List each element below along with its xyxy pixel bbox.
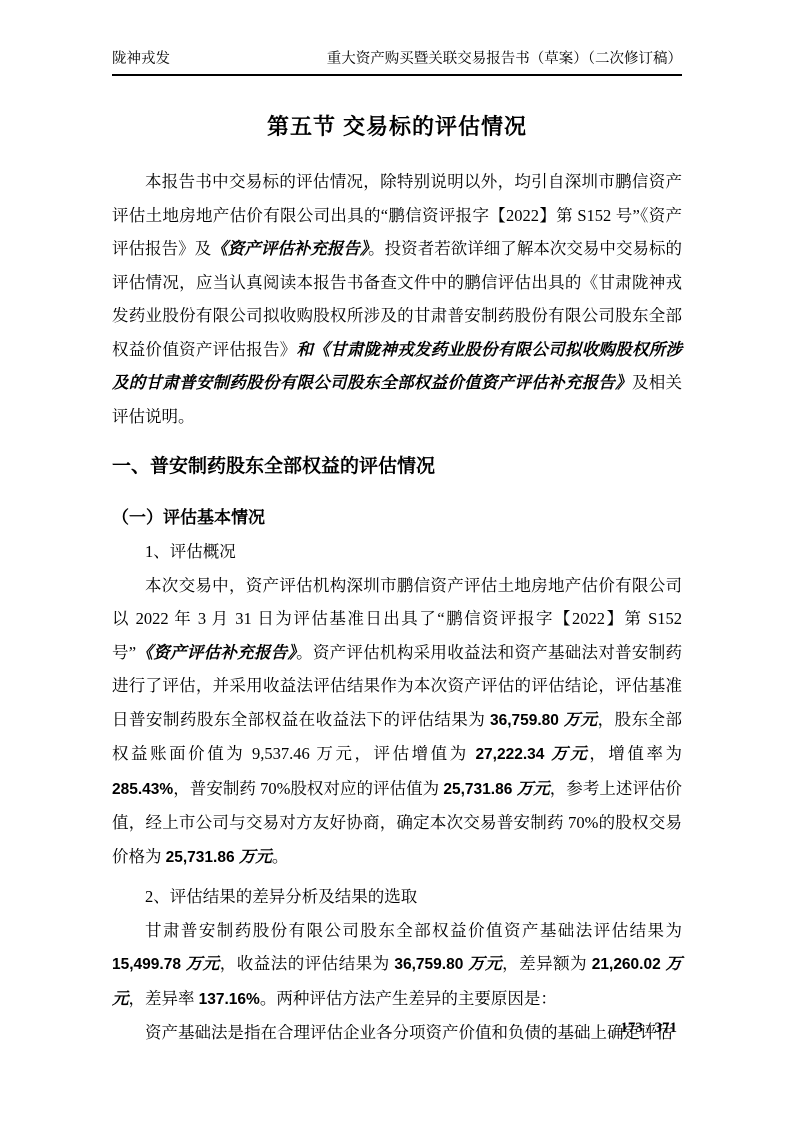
document-content: 第五节 交易标的评估情况 本报告书中交易标的评估情况，除特别说明以外，均引自深圳… [112, 98, 682, 1050]
header-right-report-title: 重大资产购买暨关联交易报告书（草案）（二次修订稿） [327, 50, 682, 68]
emphasized-text-run: 万元 [239, 847, 272, 866]
emphasized-text-run: 25,731.86 [166, 849, 239, 866]
text-run: ，差异率 [129, 989, 199, 1008]
paragraph: 资产基础法是指在合理评估企业各分项资产价值和负债的基础上确定评估 [112, 1016, 682, 1050]
document-page: 陇神戎发 重大资产购买暨关联交易报告书（草案）（二次修订稿） 第五节 交易标的评… [0, 0, 793, 1122]
paragraph: 本次交易中，资产评估机构深圳市鹏信资产评估土地房地产估价有限公司以 2022 年… [112, 569, 682, 875]
subsection-heading: （一）评估基本情况 [112, 507, 682, 529]
numbered-subheading: 1、评估概况 [112, 535, 682, 569]
section-heading: 一、普安制药股东全部权益的评估情况 [112, 455, 682, 479]
emphasized-text-run: 《资产评估补充报告》 [211, 239, 368, 258]
text-run: ，差异额为 [502, 954, 592, 973]
emphasized-text-run: 万元 [468, 954, 502, 973]
emphasized-text-run: 36,759.80 [394, 956, 468, 973]
page-header: 陇神戎发 重大资产购买暨关联交易报告书（草案）（二次修订稿） [112, 50, 682, 76]
emphasized-text-run: 15,499.78 [112, 956, 186, 973]
emphasized-text-run: 《资产评估补充报告》 [136, 643, 296, 662]
paragraph: 本报告书中交易标的评估情况，除特别说明以外，均引自深圳市鹏信资产评估土地房地产估… [112, 165, 682, 433]
emphasized-text-run: 21,260.02 [592, 956, 666, 973]
emphasized-text-run: 万元 [551, 744, 589, 763]
page-number: 173 / 371 [620, 1020, 677, 1037]
text-run: 资产基础法是指在合理评估企业各分项资产价值和负债的基础上确定评估 [145, 1023, 673, 1042]
paragraph: 甘肃普安制药股份有限公司股东全部权益价值资产基础法评估结果为 15,499.78… [112, 914, 682, 1017]
text-run: 。 [272, 847, 289, 866]
emphasized-text-run: 万元 [517, 779, 550, 798]
emphasized-text-run: 36,759.80 [490, 712, 564, 729]
document-body: 本报告书中交易标的评估情况，除特别说明以外，均引自深圳市鹏信资产评估土地房地产估… [112, 165, 682, 1050]
text-run: ，增值率为 [589, 744, 682, 763]
emphasized-text-run: 285.43% [112, 781, 173, 798]
emphasized-text-run: 万元 [564, 710, 598, 729]
emphasized-text-run: 27,222.34 [475, 746, 551, 763]
emphasized-text-run: 万元 [186, 954, 220, 973]
text-run: ，普安制药 70%股权对应的评估值为 [173, 779, 443, 798]
text-run: 甘肃普安制药股份有限公司股东全部权益价值资产基础法评估结果为 [145, 921, 682, 940]
emphasized-text-run: 25,731.86 [443, 781, 516, 798]
text-run: 。两种评估方法产生差异的主要原因是： [260, 989, 557, 1008]
header-left-company: 陇神戎发 [112, 50, 170, 68]
text-run: ，收益法的评估结果为 [220, 954, 395, 973]
numbered-subheading: 2、评估结果的差异分析及结果的选取 [112, 880, 682, 914]
emphasized-text-run: 137.16% [199, 991, 260, 1008]
page-title: 第五节 交易标的评估情况 [112, 110, 682, 141]
